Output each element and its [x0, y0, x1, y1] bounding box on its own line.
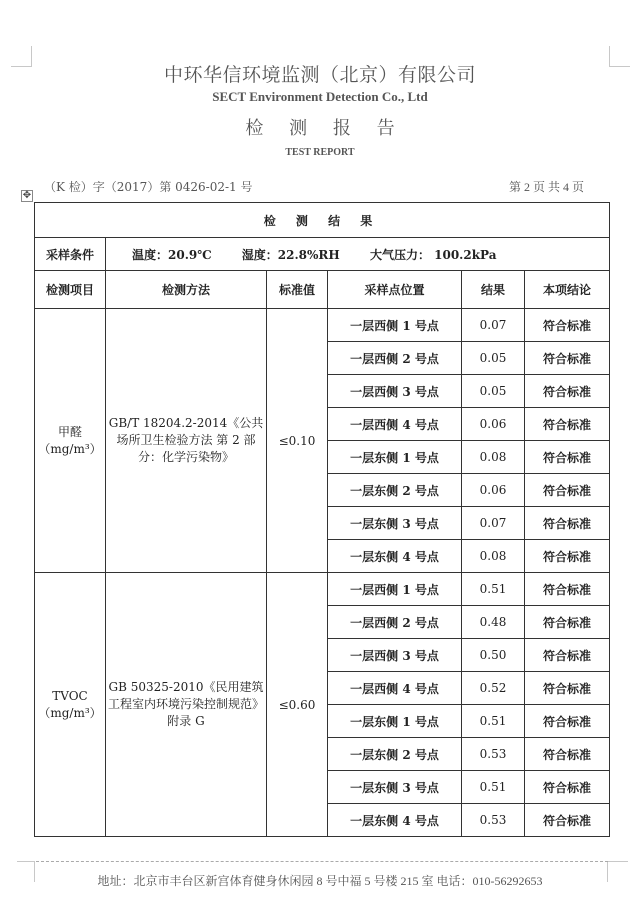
report-title-cn: 检 测 报 告 [0, 114, 640, 140]
table-move-handle-icon[interactable]: ✥ [21, 190, 33, 202]
table-header-row: 检测项目 检测方法 标准值 采样点位置 结果 本项结论 [35, 271, 610, 309]
sampling-conditions-values: 温度：20.9℃ 湿度：22.8%RH 大气压力： 100.2kPa [106, 238, 610, 271]
conclusion: 符合标准 [525, 606, 610, 639]
conclusion: 符合标准 [525, 705, 610, 738]
conclusion: 符合标准 [525, 507, 610, 540]
pressure: 大气压力： 100.2kPa [370, 248, 497, 262]
sampling-location: 一层东侧 1 号点 [328, 705, 462, 738]
conclusion: 符合标准 [525, 441, 610, 474]
conclusion: 符合标准 [525, 738, 610, 771]
sampling-location: 一层西侧 3 号点 [328, 375, 462, 408]
item-unit: （mg/m³） [35, 705, 105, 722]
conclusion: 符合标准 [525, 573, 610, 606]
company-name-cn: 中环华信环境监测（北京）有限公司 [0, 60, 640, 87]
result-value: 0.08 [462, 540, 525, 573]
sampling-location: 一层西侧 2 号点 [328, 606, 462, 639]
result-value: 0.06 [462, 408, 525, 441]
humidity: 湿度：22.8%RH [242, 248, 340, 262]
test-method: GB 50325-2010《民用建筑工程室内环境污染控制规范》附录 G [106, 573, 267, 837]
result-value: 0.51 [462, 705, 525, 738]
table-row: TVOC （mg/m³） GB 50325-2010《民用建筑工程室内环境污染控… [35, 573, 610, 606]
item-name: 甲醛 [35, 424, 105, 441]
result-value: 0.51 [462, 573, 525, 606]
result-value: 0.05 [462, 342, 525, 375]
conclusion: 符合标准 [525, 771, 610, 804]
sampling-location: 一层东侧 2 号点 [328, 738, 462, 771]
temperature: 温度：20.9℃ [132, 248, 212, 262]
sampling-location: 一层西侧 3 号点 [328, 639, 462, 672]
sampling-location: 一层西侧 2 号点 [328, 342, 462, 375]
result-value: 0.06 [462, 474, 525, 507]
table-row: 甲醛 （mg/m³） GB/T 18204.2-2014《公共场所卫生检验方法 … [35, 309, 610, 342]
result-value: 0.52 [462, 672, 525, 705]
report-reference-number: （K 检）字（2017）第 0426-02-1 号 [44, 178, 253, 195]
result-value: 0.51 [462, 771, 525, 804]
conclusion: 符合标准 [525, 639, 610, 672]
sampling-location: 一层西侧 4 号点 [328, 408, 462, 441]
conclusion: 符合标准 [525, 342, 610, 375]
column-header-location: 采样点位置 [328, 271, 462, 309]
standard-value: ≤0.10 [267, 309, 328, 573]
footer-divider [36, 861, 608, 862]
column-header-item: 检测项目 [35, 271, 106, 309]
item-name: TVOC [35, 688, 105, 705]
conclusion: 符合标准 [525, 375, 610, 408]
table-title-row: 检 测 结 果 [35, 203, 610, 238]
results-table: 检 测 结 果 采样条件 温度：20.9℃ 湿度：22.8%RH 大气压力： 1… [34, 202, 610, 837]
result-value: 0.05 [462, 375, 525, 408]
report-title-en: TEST REPORT [0, 147, 640, 158]
sampling-conditions-row: 采样条件 温度：20.9℃ 湿度：22.8%RH 大气压力： 100.2kPa [35, 238, 610, 271]
result-value: 0.48 [462, 606, 525, 639]
conclusion: 符合标准 [525, 540, 610, 573]
standard-value: ≤0.60 [267, 573, 328, 837]
sampling-location: 一层西侧 1 号点 [328, 309, 462, 342]
table-title: 检 测 结 果 [35, 203, 610, 238]
sampling-location: 一层东侧 4 号点 [328, 540, 462, 573]
conclusion: 符合标准 [525, 474, 610, 507]
page-indicator: 第 2 页 共 4 页 [509, 178, 584, 195]
test-item-tvoc: TVOC （mg/m³） [35, 573, 106, 837]
column-header-result: 结果 [462, 271, 525, 309]
conclusion: 符合标准 [525, 672, 610, 705]
test-item-formaldehyde: 甲醛 （mg/m³） [35, 309, 106, 573]
footer-address: 地址：北京市丰台区新宫体育健身休闲园 8 号中福 5 号楼 215 室 电话：0… [0, 872, 640, 889]
sampling-conditions-label: 采样条件 [35, 238, 106, 271]
sampling-location: 一层东侧 2 号点 [328, 474, 462, 507]
conclusion: 符合标准 [525, 408, 610, 441]
sampling-location: 一层东侧 3 号点 [328, 507, 462, 540]
result-value: 0.08 [462, 441, 525, 474]
sampling-location: 一层西侧 1 号点 [328, 573, 462, 606]
result-value: 0.53 [462, 804, 525, 837]
column-header-conclusion: 本项结论 [525, 271, 610, 309]
sampling-location: 一层东侧 3 号点 [328, 771, 462, 804]
sampling-location: 一层东侧 1 号点 [328, 441, 462, 474]
result-value: 0.07 [462, 507, 525, 540]
test-method: GB/T 18204.2-2014《公共场所卫生检验方法 第 2 部分：化学污染… [106, 309, 267, 573]
company-name-en: SECT Environment Detection Co., Ltd [0, 89, 640, 105]
sampling-location: 一层东侧 4 号点 [328, 804, 462, 837]
column-header-standard: 标准值 [267, 271, 328, 309]
result-value: 0.50 [462, 639, 525, 672]
result-value: 0.53 [462, 738, 525, 771]
column-header-method: 检测方法 [106, 271, 267, 309]
item-unit: （mg/m³） [35, 441, 105, 458]
result-value: 0.07 [462, 309, 525, 342]
conclusion: 符合标准 [525, 309, 610, 342]
sampling-location: 一层西侧 4 号点 [328, 672, 462, 705]
conclusion: 符合标准 [525, 804, 610, 837]
